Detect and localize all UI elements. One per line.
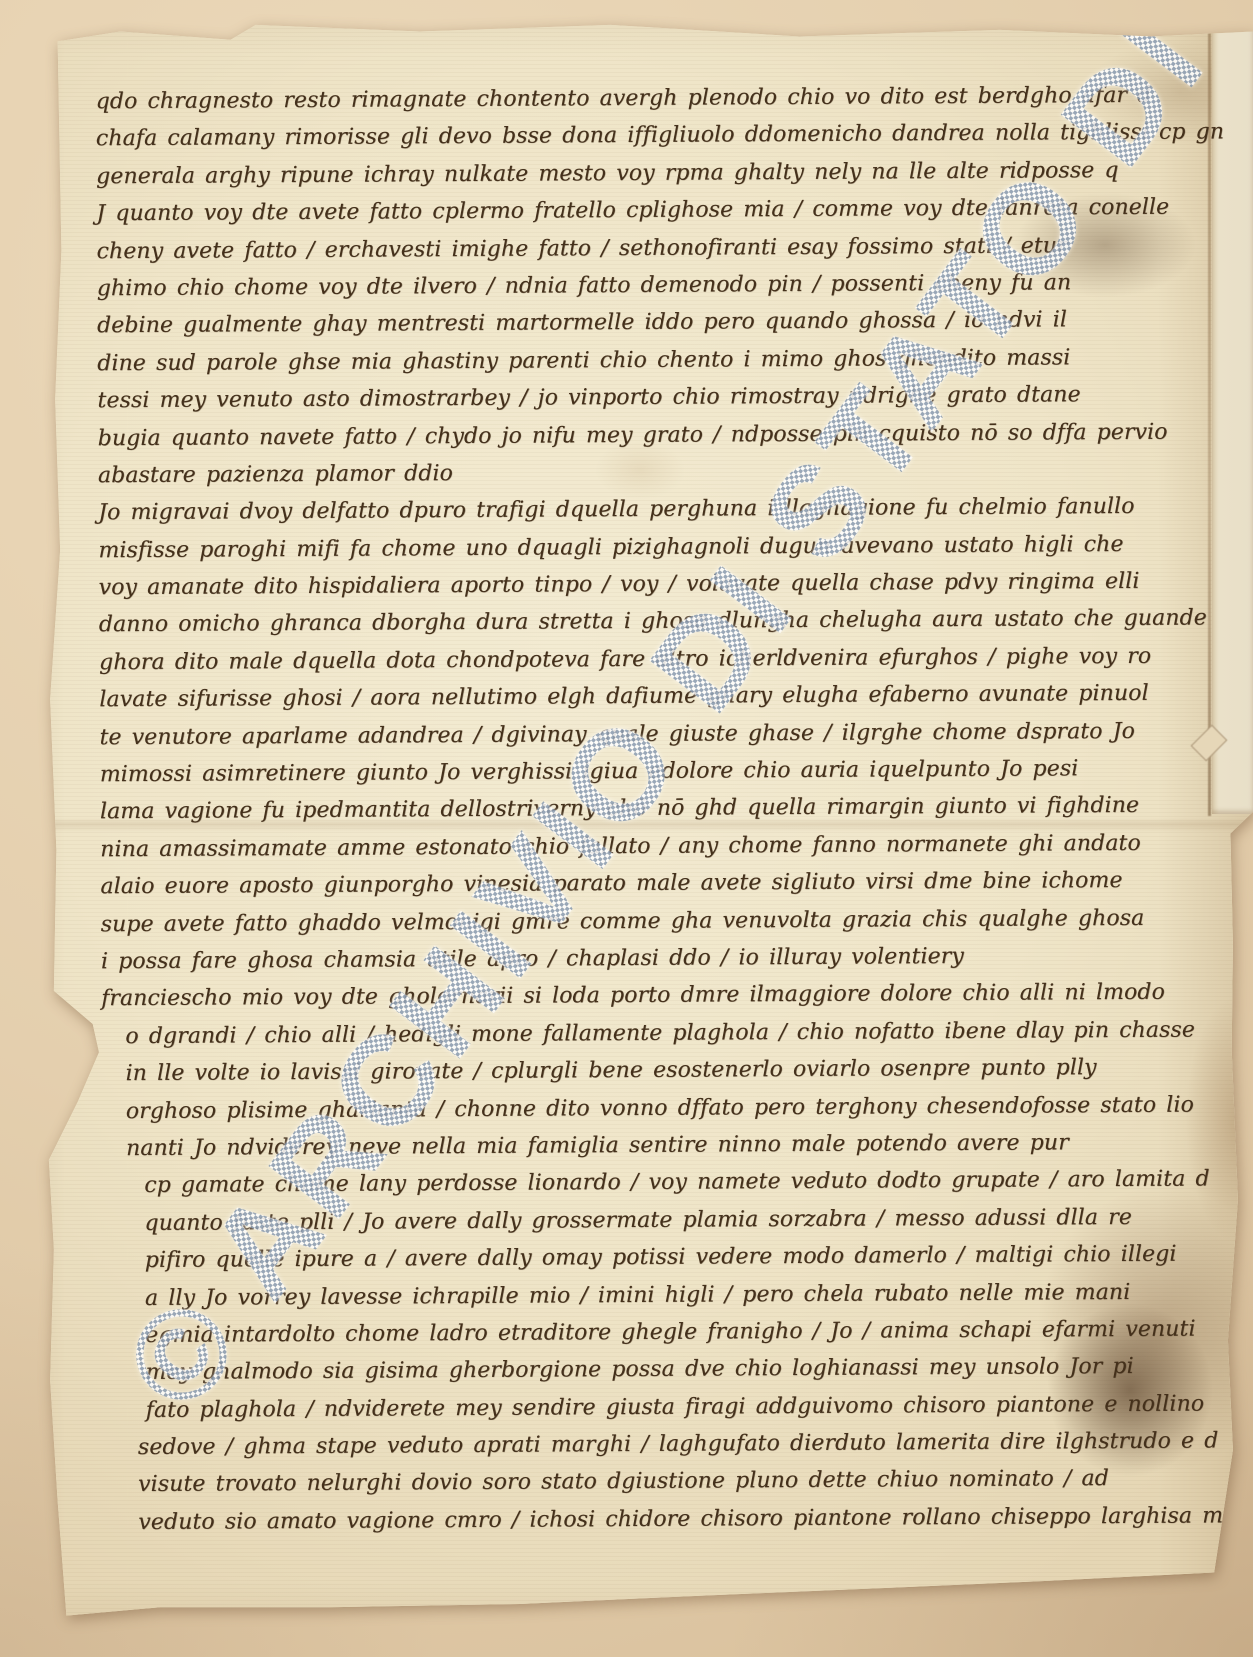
manuscript-line: lavate sifurisse ghosi / aora nellutimo … [99, 675, 1159, 719]
manuscript-line: qdo chragnesto resto rimagnate chontento… [96, 77, 1156, 121]
manuscript-line: J quanto voy dte avete fatto cplermo fra… [96, 189, 1156, 233]
manuscript-line: bugia quanto navete fatto / chydo jo nif… [98, 413, 1158, 457]
manuscript-line: mey ghalmodo sia gisima gherborgione pos… [103, 1348, 1163, 1392]
second-sheet-edge [1212, 30, 1253, 814]
manuscript-text: qdo chragnesto resto rimagnate chontento… [96, 77, 1165, 1542]
manuscript-line: pifiro quelle ipure a / avere dally omay… [103, 1236, 1163, 1280]
manuscript-line: debine gualmente ghay mentresti martorme… [97, 301, 1157, 345]
manuscript-line: voy amanate dito hispidaliera aporto tin… [99, 563, 1159, 607]
manuscript-line: quanto fuste plli / Jo avere dally gross… [102, 1198, 1162, 1242]
manuscript-line: veduto sio amato vagione cmro / ichosi c… [104, 1498, 1164, 1542]
manuscript-line: franciescho mio voy dte gholornarii si l… [101, 974, 1161, 1018]
manuscript-line: ghimo chio chome voy dte ilvero / ndnia … [97, 264, 1157, 308]
manuscript-line: nanti Jo ndviderey neve nella mia famigl… [102, 1124, 1162, 1168]
manuscript-line: i possa fare ghosa chamsia utile apro / … [101, 937, 1161, 981]
manuscript-line: cheny avete fatto / erchavesti imighe fa… [96, 226, 1156, 270]
manuscript-line: nina amassimamate amme estonato chio fal… [100, 825, 1160, 869]
manuscript-line: sedove / ghma stape veduto aprati marghi… [104, 1423, 1164, 1467]
manuscript-line: visute trovato nelurghi dovio soro stato… [104, 1460, 1164, 1504]
manuscript-line: dine sud parole ghse mia ghastiny parent… [97, 339, 1157, 383]
manuscript-line: o dgrandi / chio alli / hedigli mone fal… [101, 1012, 1161, 1056]
manuscript-line: a lly Jo vorrey lavesse ichrapille mio /… [103, 1273, 1163, 1317]
manuscript-line: egmia intardolto chome ladro etraditore … [103, 1311, 1163, 1355]
manuscript-line: ghora dito male dquella dota chondpoteva… [99, 638, 1159, 682]
manuscript-line: lama vagione fu ipedmantita dellostriver… [100, 787, 1160, 831]
manuscript-line: cp gamate chome lany perdosse lionardo /… [102, 1161, 1162, 1205]
manuscript-line: te venutore aparlame adandrea / dgivinay… [99, 712, 1159, 756]
manuscript-line: danno omicho ghranca dborgha dura strett… [99, 600, 1159, 644]
letter-sheet: qdo chragnesto resto rimagnate chontento… [0, 0, 1253, 1657]
manuscript-line: fato plaghola / ndviderete mey sendire g… [104, 1385, 1164, 1429]
vertical-fold-crease [1208, 30, 1211, 816]
manuscript-line: alaio euore aposto giunporgho vinesia pa… [100, 862, 1160, 906]
manuscript-line: abastare pazienza plamor ddio [98, 451, 1158, 495]
manuscript-line: generala arghy ripune ichray nulkate mes… [96, 152, 1156, 196]
manuscript-line: misfisse paroghi mifi fa chome uno dquag… [98, 525, 1158, 569]
manuscript-line: orghoso plisime gharianta / chonne dito … [102, 1086, 1162, 1130]
manuscript-line: chafa calamany rimorisse gli devo bsse d… [96, 114, 1156, 158]
manuscript-line: in lle volte io lavissi girovate / cplur… [101, 1049, 1161, 1093]
manuscript-line: mimossi asimretinere giunto Jo verghissi… [100, 750, 1160, 794]
manuscript-line: Jo migravai dvoy delfatto dpuro trafigi … [98, 488, 1158, 532]
manuscript-line: supe avete fatto ghaddo velmonigi gmre c… [101, 899, 1161, 943]
letter-paper: qdo chragnesto resto rimagnate chontento… [0, 0, 1253, 1657]
manuscript-line: tessi mey venuto asto dimostrarbey / jo … [97, 376, 1157, 420]
